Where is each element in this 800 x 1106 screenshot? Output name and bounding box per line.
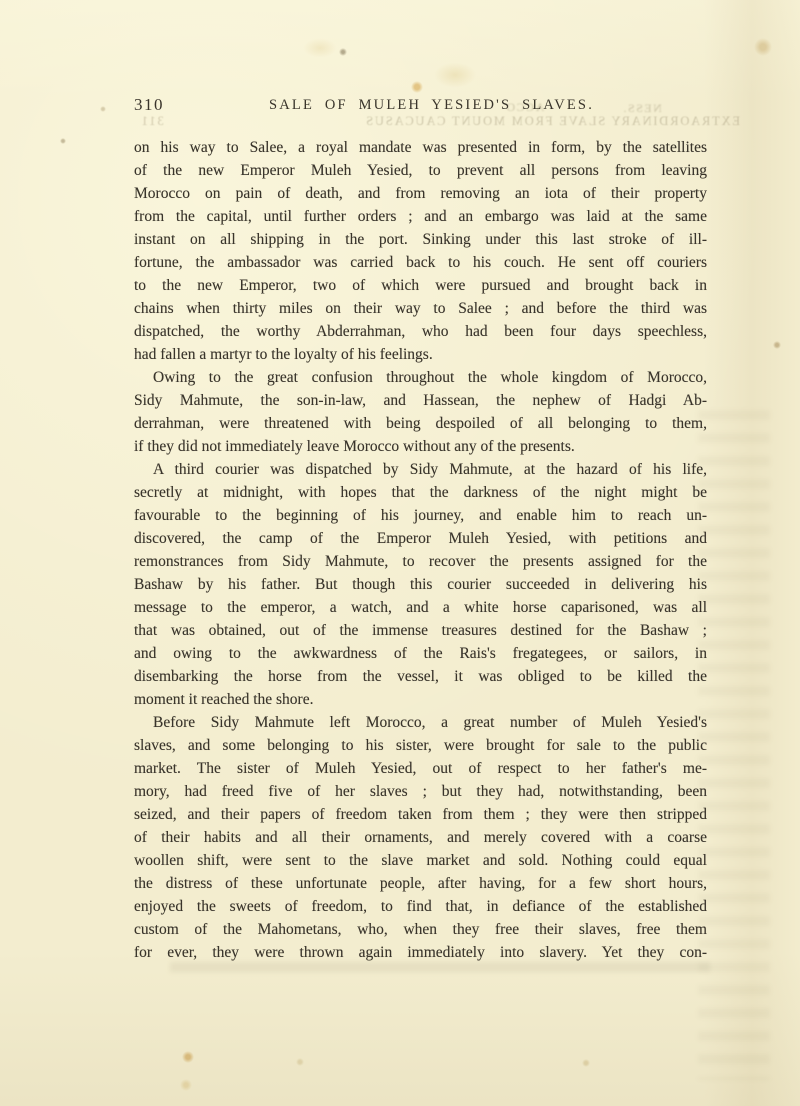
text-line: and owing to the awkwardness of the Rais… [134,642,707,665]
text-line: of their habits and all their ornaments,… [134,826,707,849]
text-line: had fallen a martyr to the loyalty of hi… [134,343,707,366]
paragraph: Owing to the great confusion throughout … [134,366,707,458]
paragraph: A third courier was dispatched by Sidy M… [134,458,707,711]
text-line: moment it reached the shore. [134,688,707,711]
text-line: to the new Emperor, two of which were pu… [134,274,707,297]
text-line: disembarking the horse from the vessel, … [134,665,707,688]
text-line: slaves, and some belonging to his sister… [134,734,707,757]
text-line: on his way to Salee, a royal mandate was… [134,136,707,159]
text-line: if they did not immediately leave Morocc… [134,435,707,458]
text-line: market. The sister of Muleh Yesied, out … [134,757,707,780]
text-line: secretly at midnight, with hopes that th… [134,481,707,504]
body-text-block: on his way to Salee, a royal mandate was… [134,136,707,964]
paragraph: Before Sidy Mahmute left Morocco, a grea… [134,711,707,964]
text-line: derrahman, were threatened with being de… [134,412,707,435]
text-line: Owing to the great confusion throughout … [134,366,707,389]
text-line: that was obtained, out of the immense tr… [134,619,707,642]
text-line: Morocco on pain of death, and from remov… [134,182,707,205]
bleedthrough-verso-header: EXTRAORDINARY SLAVE FROM MOUNT CAUCASUS … [140,114,740,129]
text-line: remonstrances from Sidy Mahmute, to reco… [134,550,707,573]
text-line: Sidy Mahmute, the son-in-law, and Hassea… [134,389,707,412]
text-line: enjoyed the sweets of freedom, to find t… [134,895,707,918]
text-line: favourable to the beginning of his journ… [134,504,707,527]
text-line: dispatched, the worthy Abderrahman, who … [134,320,707,343]
text-line: fortune, the ambassador was carried back… [134,251,707,274]
text-line: of the new Emperor Muleh Yesied, to prev… [134,159,707,182]
text-line: A third courier was dispatched by Sidy M… [134,458,707,481]
scanned-book-page: ACCO NESS. EXTRAORDINARY SLAVE FROM MOUN… [0,0,800,1106]
bleedthrough-smudge-column [698,410,770,1080]
text-line: mory, had freed five of her slaves ; but… [134,780,707,803]
text-line: custom of the Mahometans, who, when they… [134,918,707,941]
text-line: seized, and their papers of freedom take… [134,803,707,826]
text-line: woollen shift, were sent to the slave ma… [134,849,707,872]
text-line: chains when thirty miles on their way to… [134,297,707,320]
running-title: SALE OF MULEH YESIED'S SLAVES. [134,97,729,114]
text-line: discovered, the camp of the Emperor Mule… [134,527,707,550]
text-line: from the capital, until further orders ;… [134,205,707,228]
text-line: Bashaw by his father. But though this co… [134,573,707,596]
text-line: instant on all shipping in the port. Sin… [134,228,707,251]
text-line: for ever, they were thrown again immedia… [134,941,707,964]
paragraph: on his way to Salee, a royal mandate was… [134,136,707,366]
bleedthrough-verso-page-number: 311 [140,114,164,129]
text-line: message to the emperor, a watch, and a w… [134,596,707,619]
text-line: Before Sidy Mahmute left Morocco, a grea… [134,711,707,734]
text-line: the distress of these unfortunate people… [134,872,707,895]
bleedthrough-verso-title: EXTRAORDINARY SLAVE FROM MOUNT CAUCASUS [364,114,740,129]
